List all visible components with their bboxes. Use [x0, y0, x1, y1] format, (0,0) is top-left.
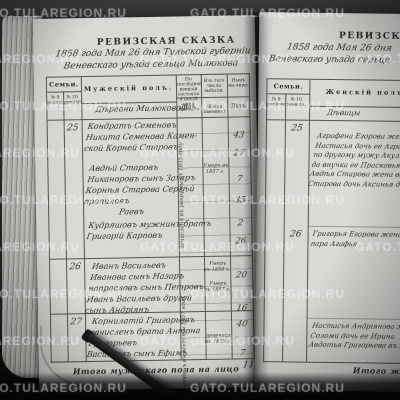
section-note: Дѣревни Милюковой — [95, 103, 187, 114]
male-sex-header: Мужескій полъ. — [81, 83, 176, 93]
departed-note-line: въ 1857 г. — [204, 287, 231, 293]
departed-note: Умеръ въ 1857 г. — [201, 163, 229, 175]
departed-note-line: въ 1858 г. — [204, 339, 231, 345]
female-sex-header: Женскій полъ. — [319, 88, 400, 97]
table-divider — [267, 93, 309, 95]
departed-header: Изъ того числа выбыли. — [202, 79, 226, 94]
table-divider — [306, 80, 310, 362]
family-number: 26 — [283, 229, 309, 239]
families-header: Семьи. — [47, 80, 81, 89]
entry-line: пара Агафья — [310, 239, 400, 250]
rev9-header: № 9 ревизіи. — [267, 97, 285, 107]
table-divider — [282, 93, 286, 361]
departed-note: Умеръ въ 1857 г. — [204, 281, 232, 293]
right-table: Семьи. № 9 ревизіи. № 10 ревизіи. Женскі… — [263, 78, 400, 364]
entry-block: Аграфена Егорова жена ево Настасья дочь … — [307, 132, 400, 190]
rev10-header: № 10 ревизіи. — [64, 95, 80, 105]
family-number: 26 — [65, 262, 85, 272]
photo-bottom-shadow — [0, 372, 400, 400]
table-divider — [307, 318, 400, 320]
family-number: 25 — [63, 123, 83, 133]
departed-note: перечисл. въ 1858 г. — [204, 333, 232, 345]
entry-line: Раевъ — [118, 206, 145, 217]
margin-note: зачисленъ въ рекруты въ 1855 году — [178, 123, 192, 248]
left-place-line: Веневскаго уѣзда сельца Милюкова — [63, 58, 239, 71]
left-table: Семьи. № 9 ревизіи. № 10 ревизіи. Мужеск… — [46, 73, 255, 363]
right-date-line: 1858 года Мая 26 дня — [286, 42, 393, 53]
left-date-line: 1858 года Мая 26 дня Тульской губерніи — [55, 46, 252, 59]
entry-line: Старова дочь Аксинья дѣвка — [307, 179, 400, 190]
table-divider — [308, 226, 400, 228]
section-note: Дѣвицы — [326, 108, 361, 117]
departed-when-header: (Когда именно.) — [202, 105, 226, 115]
entry-line: Григорья Егорова жена — [312, 230, 400, 241]
entry-block: Раевъ — [118, 206, 145, 217]
departed-note-line: въ 1858 г. — [203, 267, 230, 273]
archival-book-photo: РЕВИЗСКАЯ СКАЗКА 1858 года Мая 26 дня Ту… — [0, 0, 400, 400]
rev9-header: № 9 ревизіи. — [47, 95, 63, 105]
entry-block: Григорья Егорова жена пара Агафья — [310, 230, 400, 250]
right-page: РЕВИЗСКАЯ СКАЗКА 1858 года Мая 26 дня Ве… — [255, 12, 400, 392]
entry-line: Авдотья Григорьева въ замуж. — [308, 341, 400, 352]
departed-note-line: 1857 г. — [201, 169, 228, 175]
entry-block: Кудряшовъ мужнинъ братъ Григорій Карповъ — [86, 218, 212, 242]
rev10-header: № 10 ревизіи. — [286, 97, 306, 107]
families-header: Семьи. — [267, 82, 309, 91]
right-place-line: Веневскаго уѣзда сельца — [268, 54, 392, 65]
book-binding-shadow — [243, 12, 269, 392]
family-number: 25 — [284, 123, 310, 133]
entry-block: Настасья Андріянова жена Соломи дочь ее … — [308, 322, 400, 352]
departed-note: Умеръ въ 1858 г. — [203, 261, 231, 273]
right-page-title: РЕВИЗСКАЯ СКАЗКА — [339, 31, 400, 43]
table-divider — [267, 119, 400, 122]
